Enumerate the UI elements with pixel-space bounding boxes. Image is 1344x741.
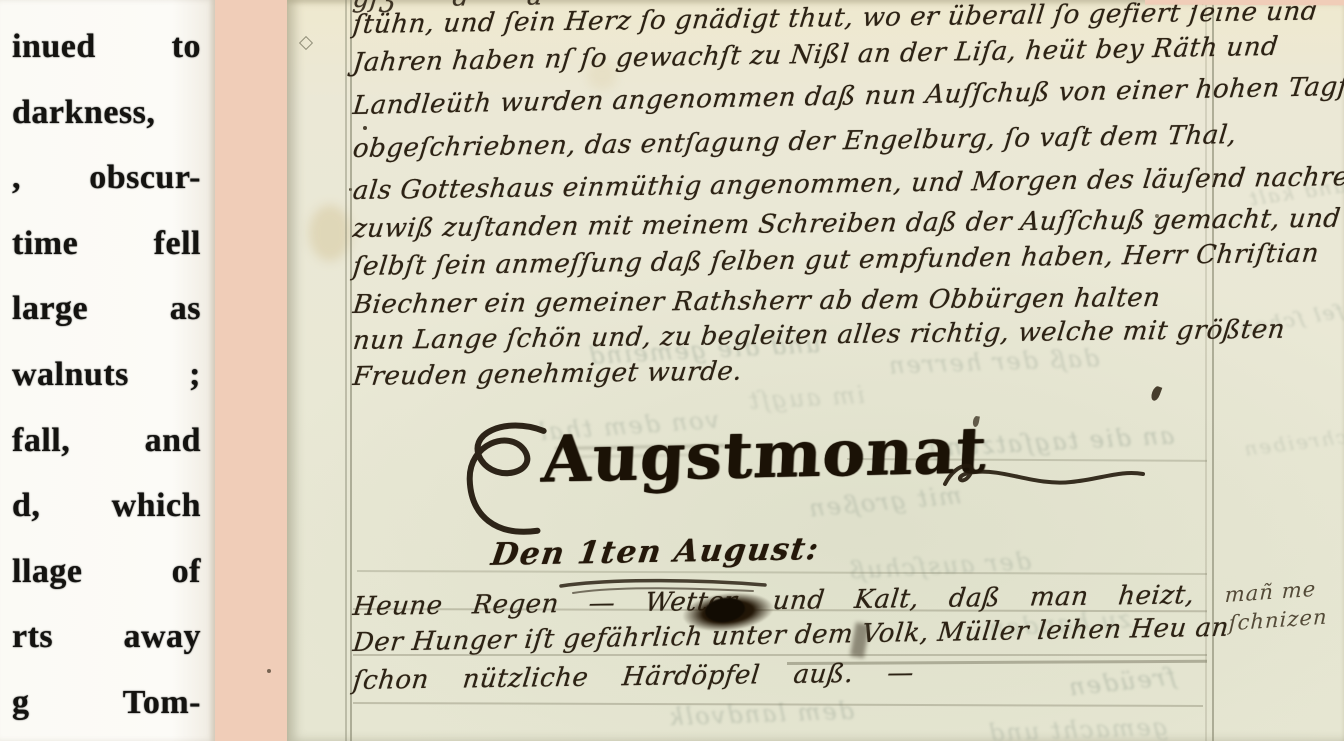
bleedthrough-text: der ausſchuß [846,547,1031,585]
manuscript-line: Biechner ein gemeiner Rathsherr ab dem O… [351,283,1155,320]
manuscript-line: Landleüth wurden angenommen daß nun Auſſ… [351,74,1249,121]
bleedthrough-text: im augſt [746,381,865,415]
print-column-line: g Tom- [12,670,201,736]
manuscript-page: und die gemeind daß der herren von dem t… [287,0,1344,741]
print-column-line: large as [12,276,201,342]
margin-note-line: ſchnizen [1228,605,1328,636]
section-heading-august: Augstmonat [540,413,989,497]
manuscript-line: nun Lange ſchön und, zu begleiten alles … [351,315,1236,356]
date-subheading: Den 1ten August: [489,531,822,573]
etc-flourish-icon [935,452,1150,508]
gutter-background [215,0,287,741]
print-column-line: walnuts ; [12,342,201,408]
pencil-rule-line [357,570,1207,574]
print-column-line: , obscur- [12,145,201,211]
bleedthrough-text: dem landvolk [667,697,855,732]
printed-page-column: inued to darkness, , obscur- time fell l… [0,0,215,741]
scanned-documents-composite: { "document_type": "side-by-side scan: p… [0,0,1344,741]
print-column-line: rts away [12,604,201,670]
bleedthrough-text: gemacht und [987,713,1169,741]
manuscript-line: als Gotteshaus einmüthig angenommen, und… [351,164,1249,206]
manuscript-line: ſelbſt ſein anmeſſung daß ſelben gut emp… [351,240,1249,282]
print-column-line: inued to [12,14,201,80]
left-margin-rule [345,0,347,741]
bleedthrough-text: ſchreiben [1241,423,1344,461]
manuscript-line: Jahren haben nſ ſo gewachſt zu Nißl an d… [351,32,1249,78]
margin-note-line: mañ me [1224,577,1316,607]
ink-speck [363,126,367,130]
dust-speck [267,669,271,673]
print-column-line: fall, and [12,408,201,474]
ink-drop [1150,385,1163,402]
print-column-line: llage of [12,539,201,605]
manuscript-line: ſchon nützliche Härdöpfel auß. — [351,658,915,696]
manuscript-line: obgeſchriebnen, das entſagung der Engelb… [351,120,1236,164]
manuscript-line: zuwiß zuſtanden mit meinem Schreiben daß… [351,205,1248,244]
paper-edge-gap [1145,0,1344,5]
manuscript-line: Freuden genehmiget wurde. [351,358,665,392]
print-column-line: d, which [12,473,201,539]
margin-mark [299,36,313,50]
print-column-line: darkness, [12,80,201,146]
bleedthrough-text: freüden [1066,662,1177,701]
print-column-line: time fell [12,211,201,277]
bleedthrough-text: daß der herren [887,344,1100,379]
